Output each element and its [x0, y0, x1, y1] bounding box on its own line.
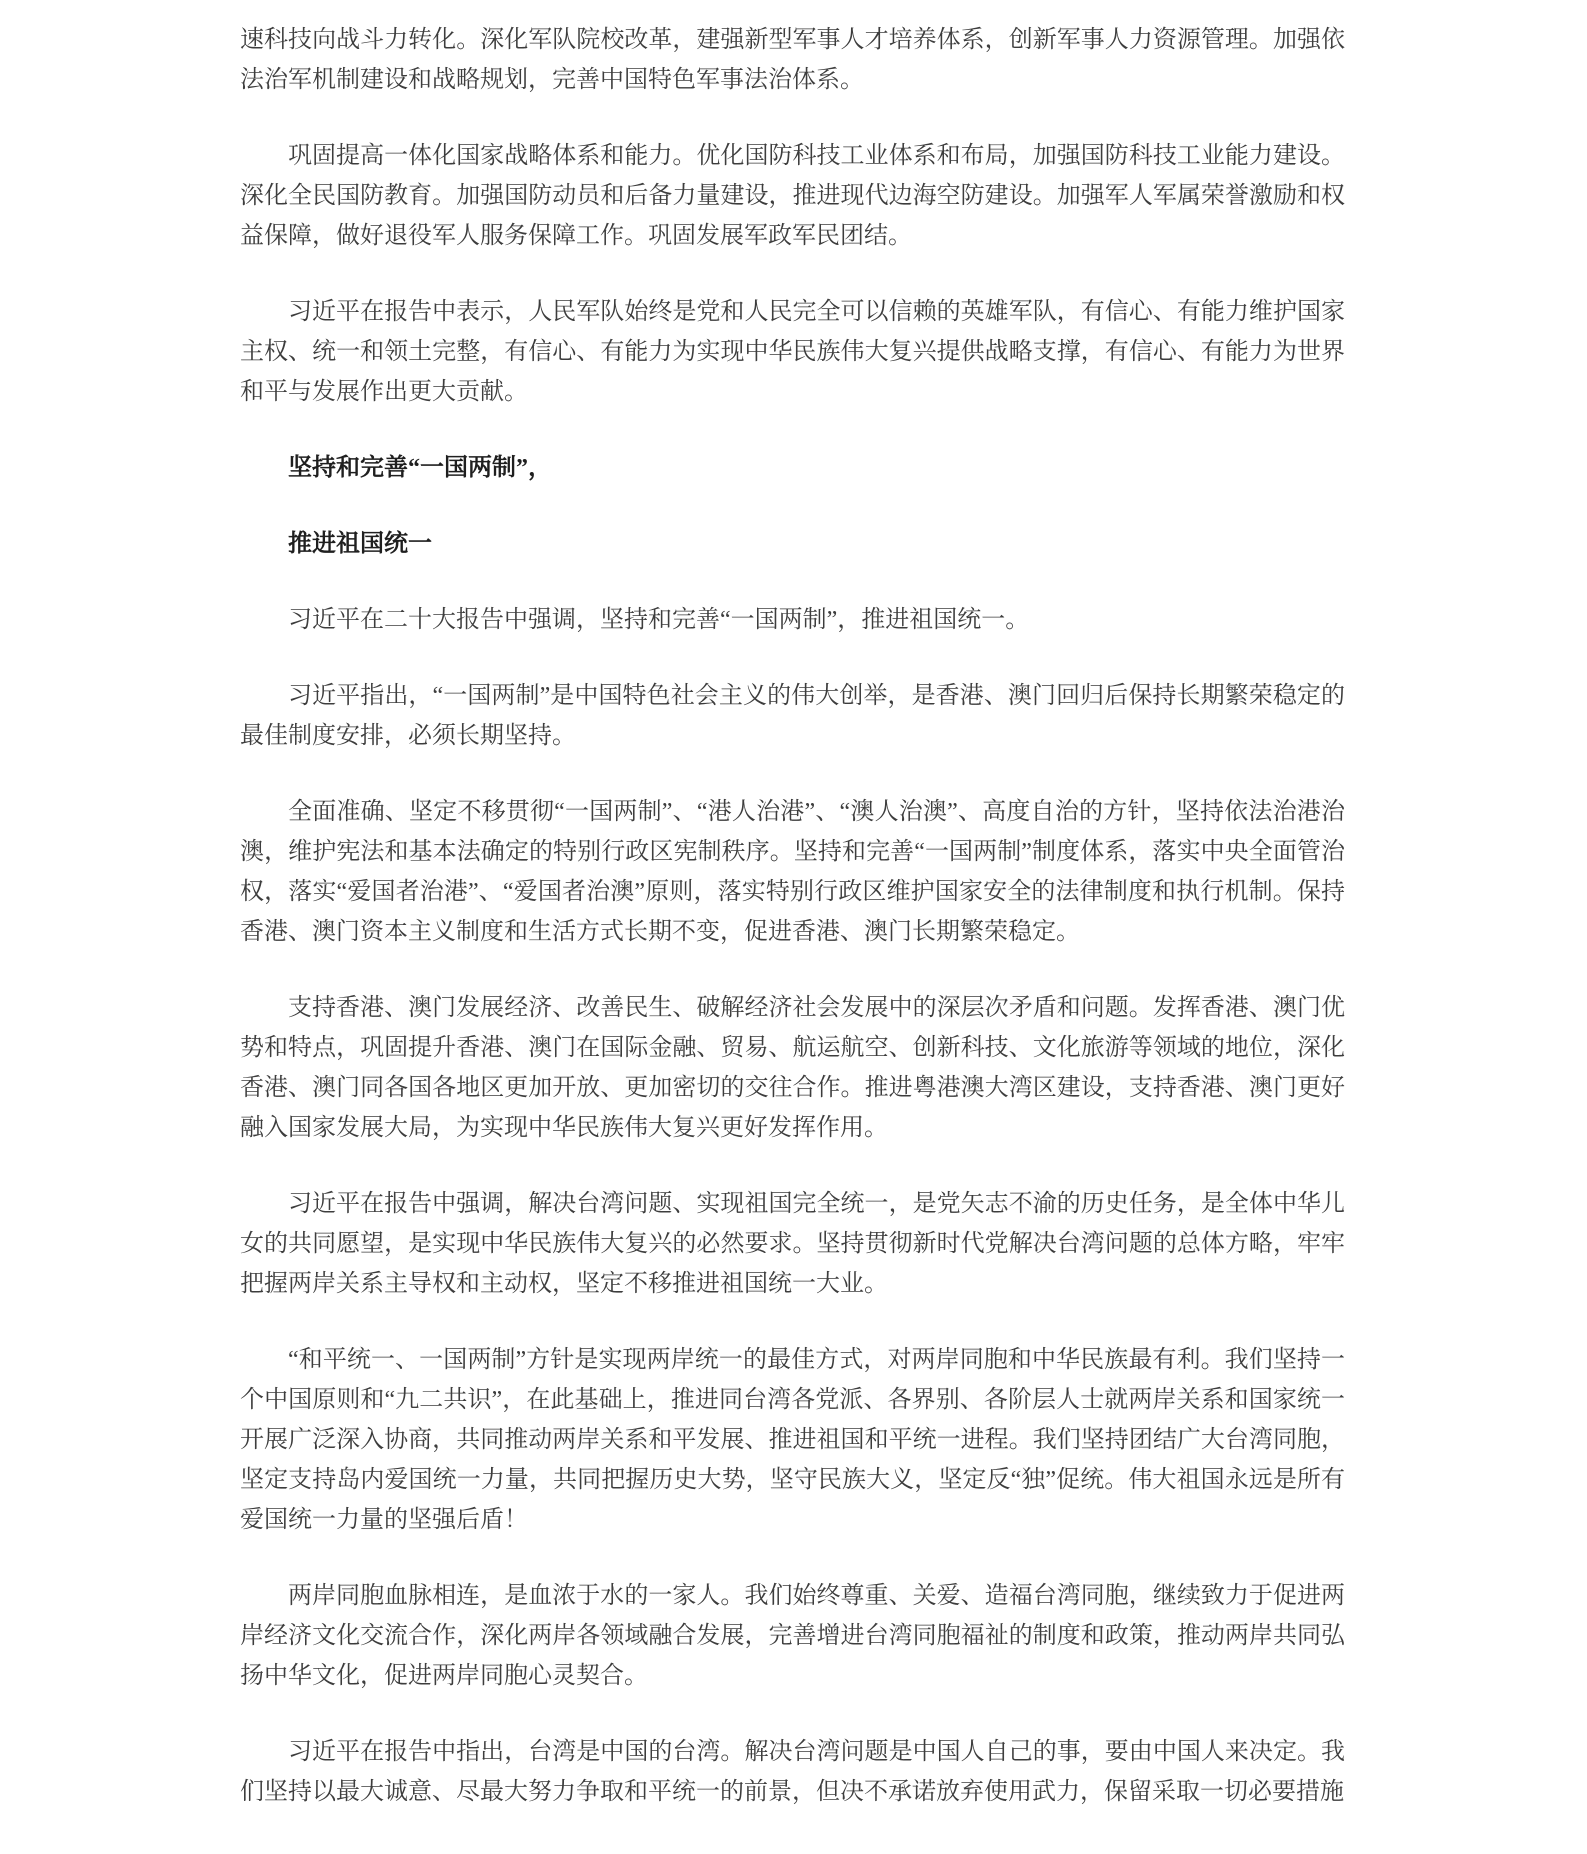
document-page: 速科技向战斗力转化。深化军队院校改革，建强新型军事人才培养体系，创新军事人力资源… [0, 0, 1587, 1854]
paragraph: 习近平指出，“一国两制”是中国特色社会主义的伟大创举，是香港、澳门回归后保持长期… [240, 676, 1345, 756]
paragraph: 习近平在报告中强调，解决台湾问题、实现祖国完全统一，是党矢志不渝的历史任务，是全… [240, 1184, 1345, 1304]
paragraph: “和平统一、一国两制”方针是实现两岸统一的最佳方式，对两岸同胞和中华民族最有利。… [240, 1340, 1345, 1540]
section-heading: 推进祖国统一 [240, 524, 1345, 564]
paragraph: 习近平在报告中指出，台湾是中国的台湾。解决台湾问题是中国人自己的事，要由中国人来… [240, 1732, 1345, 1812]
paragraph: 习近平在二十大报告中强调，坚持和完善“一国两制”，推进祖国统一。 [240, 600, 1345, 640]
paragraph: 支持香港、澳门发展经济、改善民生、破解经济社会发展中的深层次矛盾和问题。发挥香港… [240, 988, 1345, 1148]
paragraph: 全面准确、坚定不移贯彻“一国两制”、“港人治港”、“澳人治澳”、高度自治的方针，… [240, 792, 1345, 952]
document-text-column: 速科技向战斗力转化。深化军队院校改革，建强新型军事人才培养体系，创新军事人力资源… [240, 20, 1345, 1812]
paragraph: 速科技向战斗力转化。深化军队院校改革，建强新型军事人才培养体系，创新军事人力资源… [240, 20, 1345, 100]
paragraph: 巩固提高一体化国家战略体系和能力。优化国防科技工业体系和布局，加强国防科技工业能… [240, 136, 1345, 256]
paragraph: 习近平在报告中表示，人民军队始终是党和人民完全可以信赖的英雄军队，有信心、有能力… [240, 292, 1345, 412]
section-heading: 坚持和完善“一国两制”， [240, 448, 1345, 488]
paragraph: 两岸同胞血脉相连，是血浓于水的一家人。我们始终尊重、关爱、造福台湾同胞，继续致力… [240, 1576, 1345, 1696]
